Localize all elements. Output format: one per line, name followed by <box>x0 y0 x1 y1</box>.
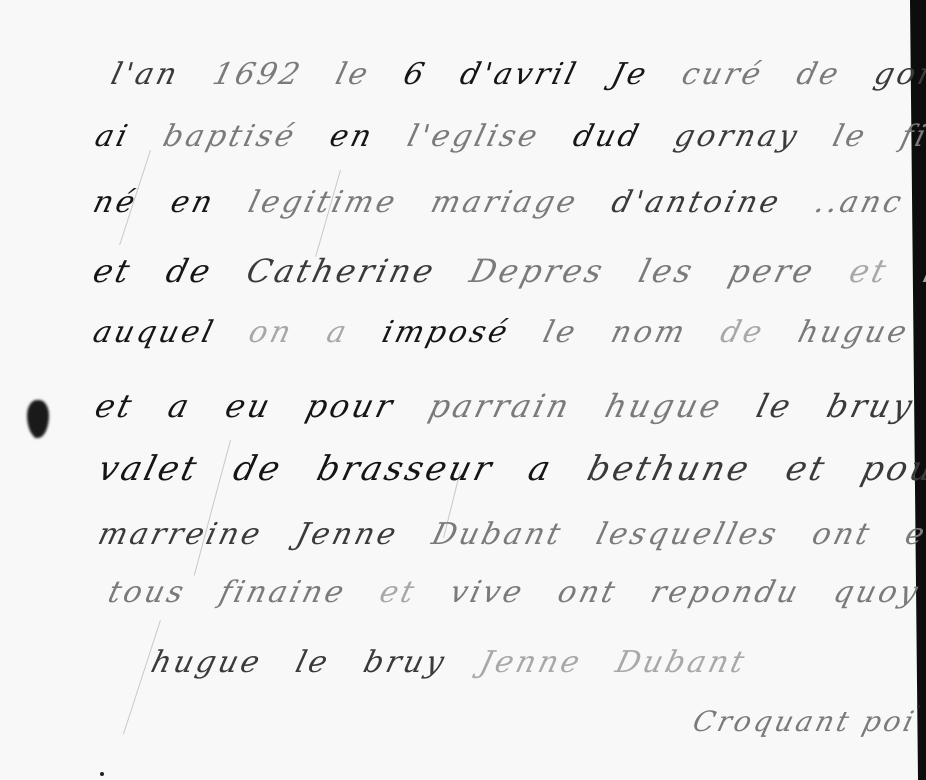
word: de <box>230 452 286 486</box>
word: de <box>717 318 767 348</box>
word: tous <box>105 578 189 608</box>
word: et <box>90 255 136 287</box>
word: et <box>782 452 830 486</box>
priest-signature: Croquant poi <box>690 708 919 736</box>
word: et <box>377 578 420 608</box>
word: curé <box>679 60 767 90</box>
word: de <box>163 255 216 287</box>
text-line-7: valet de brasseur a bethune et pour <box>95 452 926 486</box>
text-line-5: auquel on a imposé le nom de hugue <box>90 318 926 348</box>
word: hugue <box>795 318 912 348</box>
word: d'avril <box>457 60 581 90</box>
word: pour <box>303 390 399 422</box>
word: bruy <box>360 648 449 678</box>
document-scan: l'an 1692 le 6 d'avril Je curé de gorna … <box>0 0 926 780</box>
text-line-3: né en legitime mariage d'antoine ..anc <box>90 188 926 218</box>
word: Jenne <box>293 520 402 550</box>
word: Catherine <box>244 255 440 287</box>
word: vive <box>447 578 528 608</box>
ink-dot <box>100 772 104 776</box>
signature-godfather: hugue <box>148 648 265 678</box>
word: fils <box>897 122 926 152</box>
word: le <box>333 60 374 90</box>
word: a <box>525 452 557 486</box>
word: né <box>90 188 141 218</box>
word: et <box>92 390 138 422</box>
text-line-10: hugue le bruy Jenne Dubant <box>148 648 772 678</box>
word: Depres <box>467 255 609 287</box>
word: a <box>324 318 352 348</box>
word: en <box>327 122 378 152</box>
word: le <box>540 318 581 348</box>
word: eu <box>222 390 276 422</box>
text-line-4: et de Catherine Depres les pere et mer <box>90 255 926 287</box>
text-line-2: ai baptisé en l'eglise dud gornay le fil… <box>92 122 926 152</box>
word: 6 <box>400 60 430 90</box>
word: ..anc <box>811 188 907 218</box>
signature-godmother: Jenne <box>477 648 586 678</box>
word: l'eglise <box>404 122 543 152</box>
word: finaine <box>216 578 349 608</box>
word: le <box>753 390 796 422</box>
text-line-9: tous finaine et vive ont repondu quoy <box>105 578 926 608</box>
text-line-6: et a eu pour parrain hugue le bruy <box>92 390 926 422</box>
word: valet <box>95 452 203 486</box>
word: brasseur <box>314 452 498 486</box>
word: Dubant <box>429 520 566 550</box>
word: l'an <box>108 60 183 90</box>
word: mariage <box>428 188 582 218</box>
word: gornay <box>671 122 802 152</box>
word: ont <box>809 520 875 550</box>
word: quoy <box>830 578 923 608</box>
word: Je <box>608 60 651 90</box>
word: lesquelles <box>593 520 782 550</box>
word: en <box>168 188 219 218</box>
word: Dubant <box>612 648 749 678</box>
word: a <box>165 390 195 422</box>
word: baptisé <box>160 122 300 152</box>
word: marreine <box>95 520 266 550</box>
text-line-1: l'an 1692 le 6 d'avril Je curé de gorna <box>108 60 926 90</box>
word: ont <box>555 578 621 608</box>
word: 1692 <box>210 60 306 90</box>
word: repondu <box>648 578 804 608</box>
word: de <box>794 60 844 90</box>
word: nom <box>608 318 690 348</box>
word: hugue <box>602 390 726 422</box>
ink-dot <box>917 705 920 708</box>
word: dud <box>570 122 644 152</box>
word: auquel <box>90 318 219 348</box>
word: le <box>292 648 333 678</box>
word: bethune <box>584 452 755 486</box>
word: pour <box>858 452 926 486</box>
text-line-8: marreine Jenne Dubant lesquelles ont ens… <box>95 520 926 550</box>
word: ai <box>92 122 133 152</box>
ink-blot-icon <box>27 400 49 438</box>
word: pere <box>725 255 819 287</box>
word: legitime <box>245 188 400 218</box>
word: et <box>846 255 892 287</box>
word: les <box>636 255 699 287</box>
word: on <box>246 318 297 348</box>
word: bruy <box>824 390 918 422</box>
word: gorna <box>871 60 926 90</box>
word: mer <box>919 255 926 287</box>
word: le <box>830 122 871 152</box>
word: d'antoine <box>608 188 784 218</box>
word: parrain <box>426 390 575 422</box>
word: imposé <box>379 318 513 348</box>
word: enselle <box>902 520 926 550</box>
